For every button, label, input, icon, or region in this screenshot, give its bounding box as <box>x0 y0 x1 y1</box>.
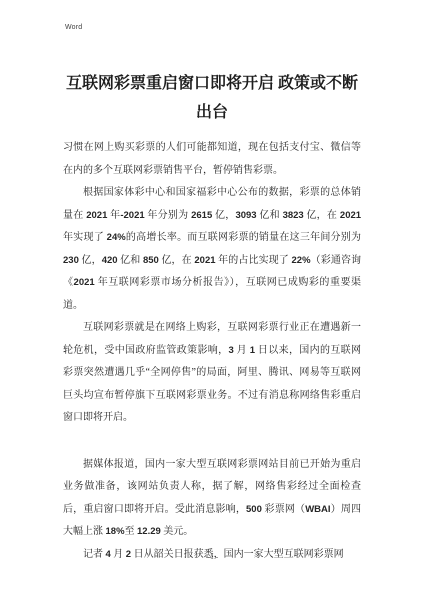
paragraph-spacer <box>63 430 361 454</box>
app-label: Word <box>65 24 82 31</box>
document-content: 互联网彩票重启窗口即将开启 政策或不断出台 习惯在网上购买彩票的人们可能都知道，… <box>63 69 361 566</box>
paragraph-industry-crisis: 互联网彩票就是在网络上购彩，互联网彩票行业正在遭遇新一轮危机，受中国政府监管政策… <box>63 317 361 430</box>
paragraph-intro: 习惯在网上购买彩票的人们可能都知道，现在包括支付宝、微信等在内的多个互联网彩票销… <box>63 137 361 182</box>
page-number: - 1 - <box>0 552 424 561</box>
paragraph-sales-data: 根据国家体彩中心和国家福彩中心公布的数据，彩票的总体销量在 2021 年-202… <box>63 182 361 317</box>
document-title: 互联网彩票重启窗口即将开启 政策或不断出台 <box>63 69 361 127</box>
document-page: Word 互联网彩票重启窗口即将开启 政策或不断出台 习惯在网上购买彩票的人们可… <box>0 0 424 600</box>
paragraph-media-report: 据媒体报道，国内一家大型互联网彩票网站目前已开始为重启业务做准备，该网站负责人称… <box>63 454 361 544</box>
